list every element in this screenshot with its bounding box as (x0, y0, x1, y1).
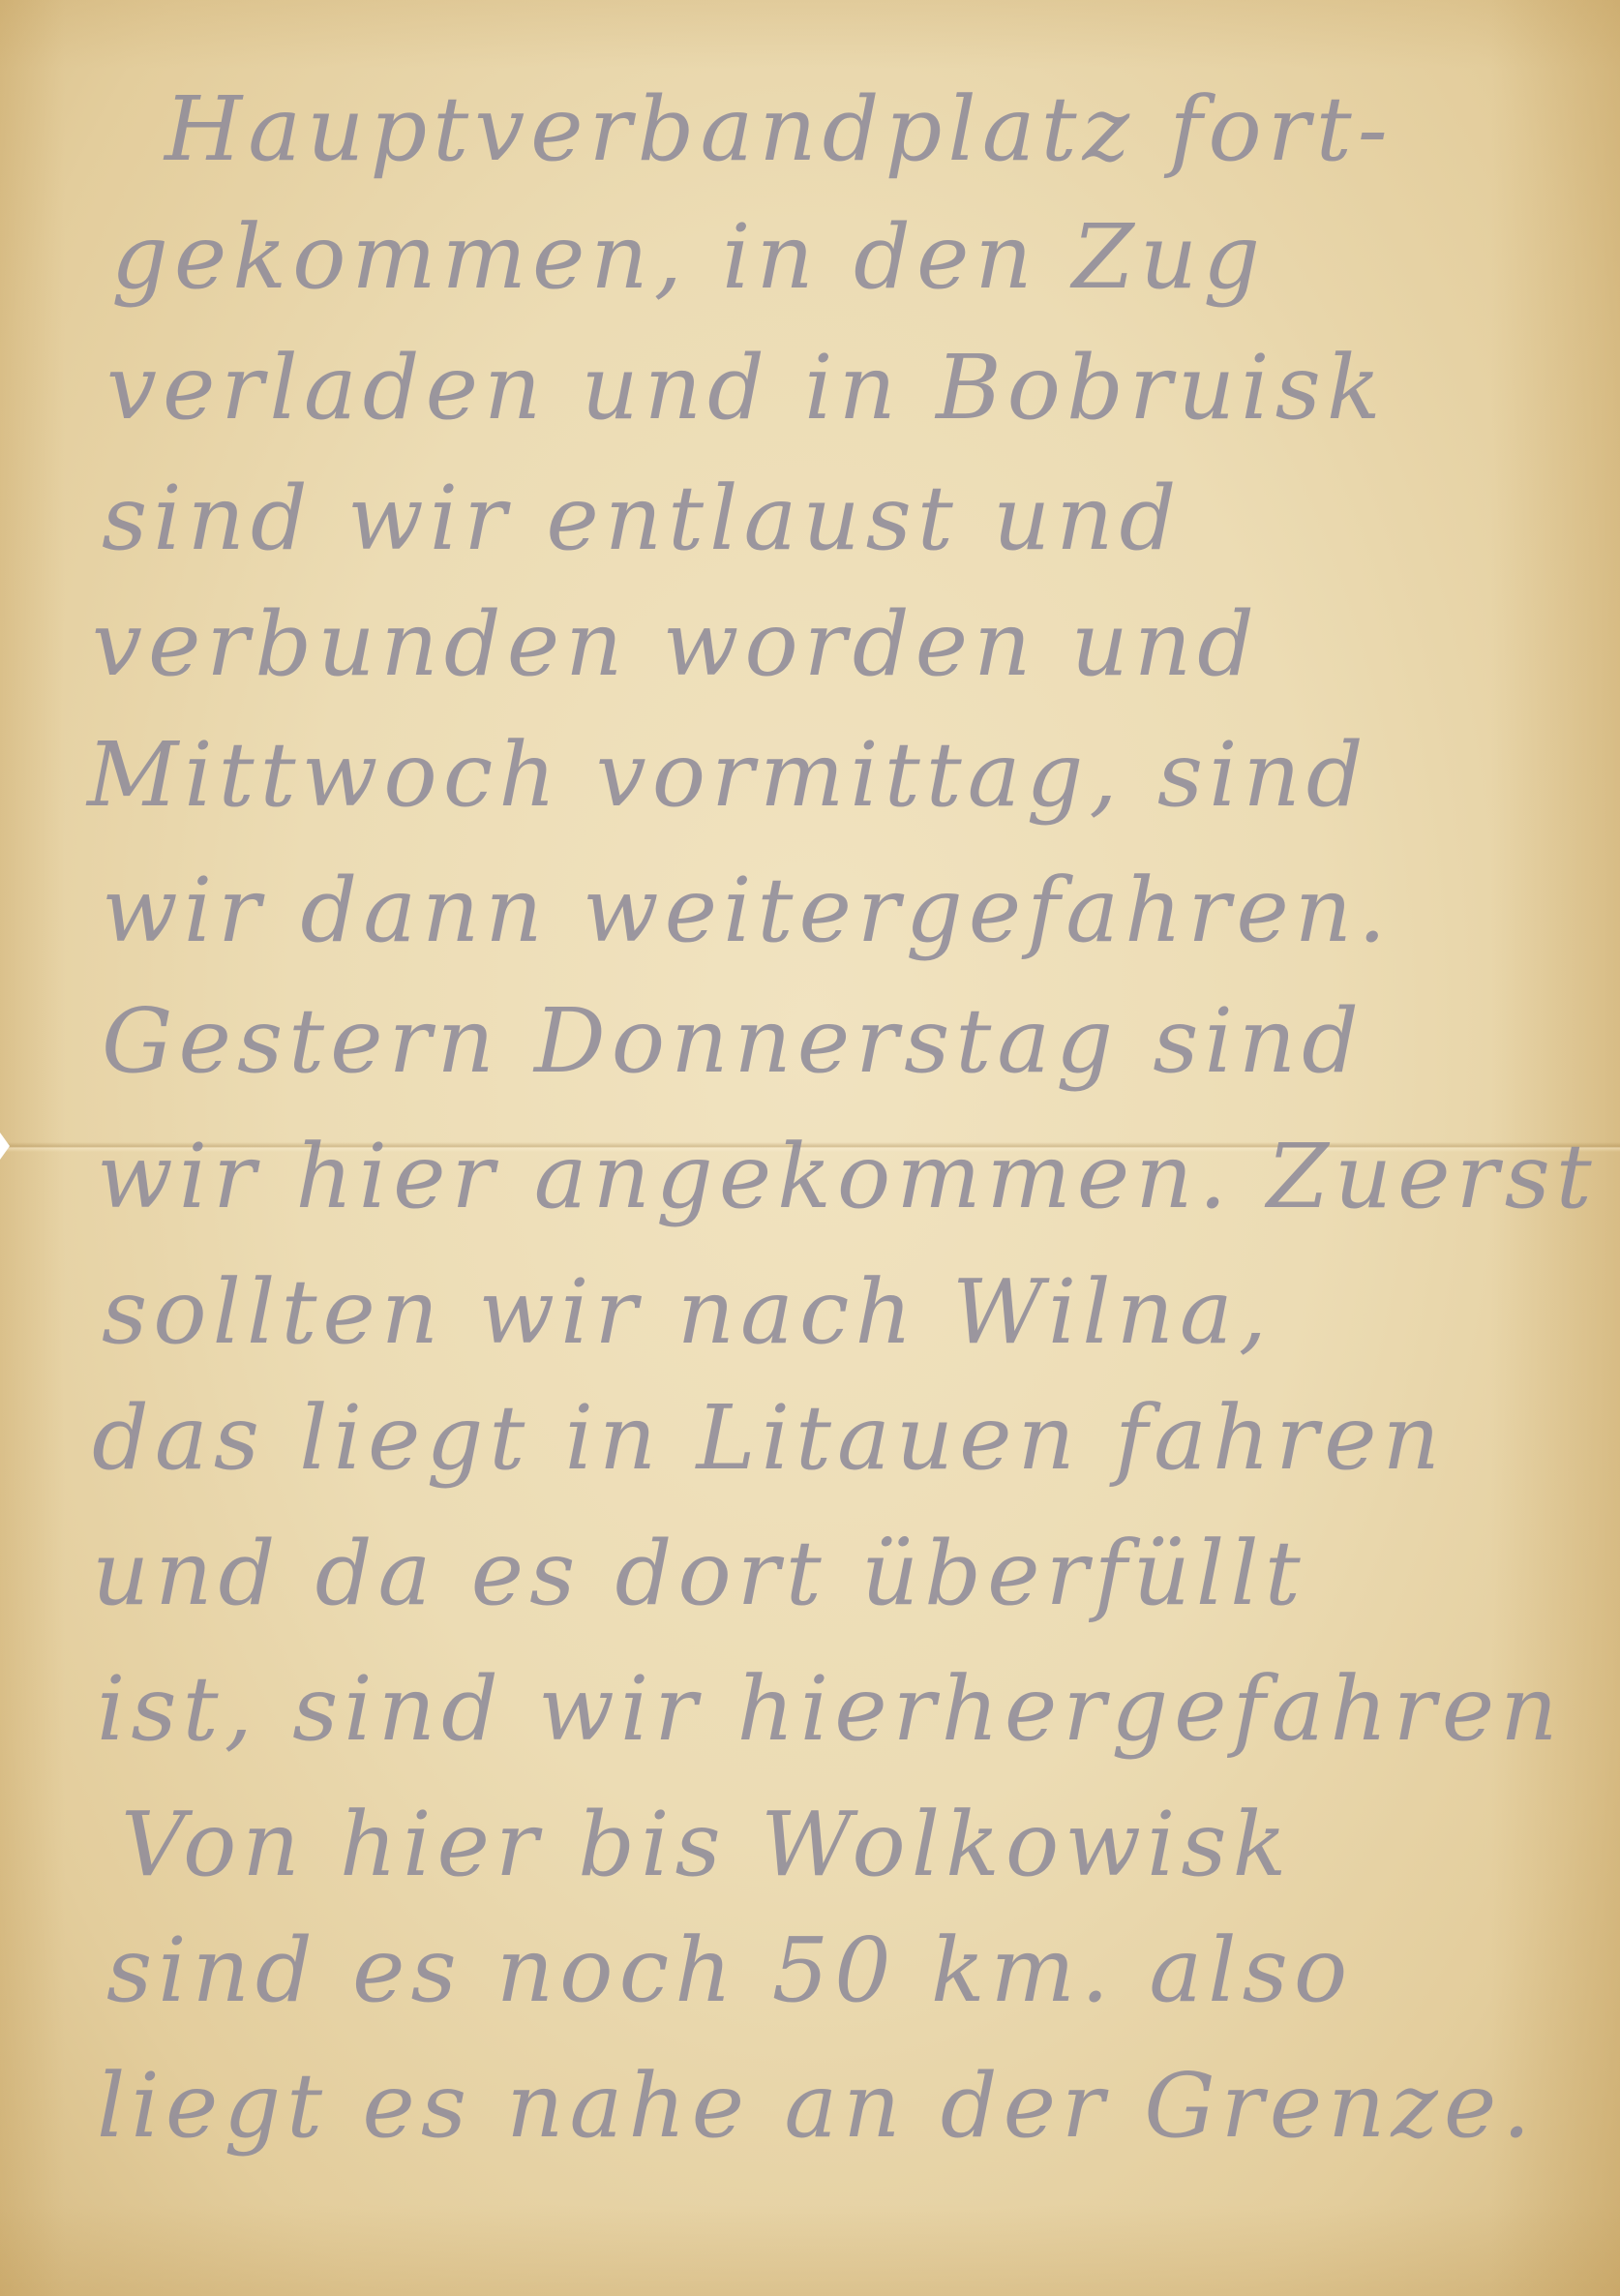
handwritten-line-5: verbunden worden und (92, 600, 1260, 689)
handwritten-line-13: ist, sind wir hierhergefahren (97, 1665, 1563, 1754)
handwritten-line-7: wir dann weitergefahren. (102, 866, 1392, 955)
handwritten-line-8: Gestern Donnerstag sind (102, 997, 1365, 1086)
handwritten-line-9: wir hier angekommen. Zuerst (97, 1133, 1598, 1222)
handwritten-line-15: sind es noch 50 km. also (106, 1926, 1353, 2015)
handwritten-line-11: das liegt in Litauen fahren (92, 1394, 1446, 1483)
handwritten-line-12: und da es dort überfüllt (92, 1529, 1306, 1618)
handwritten-line-1: Hauptverbandplatz fort- (165, 85, 1394, 174)
handwritten-line-6: Mittwoch vormittag, sind (87, 731, 1369, 820)
paper-edge-tear (0, 1133, 10, 1160)
handwritten-line-10: sollten wir nach Wilna, (102, 1268, 1273, 1357)
handwritten-line-14: Von hier bis Wolkowisk (121, 1800, 1292, 1889)
handwritten-line-4: sind wir entlaust und (102, 474, 1182, 563)
handwritten-line-2: gekommen, in den Zug (111, 213, 1266, 302)
letter-page: Hauptverbandplatz fort- gekommen, in den… (0, 0, 1620, 2296)
handwritten-line-16: liegt es nahe an der Grenze. (97, 2062, 1537, 2151)
handwritten-line-3: verladen und in Bobruisk (106, 344, 1387, 433)
